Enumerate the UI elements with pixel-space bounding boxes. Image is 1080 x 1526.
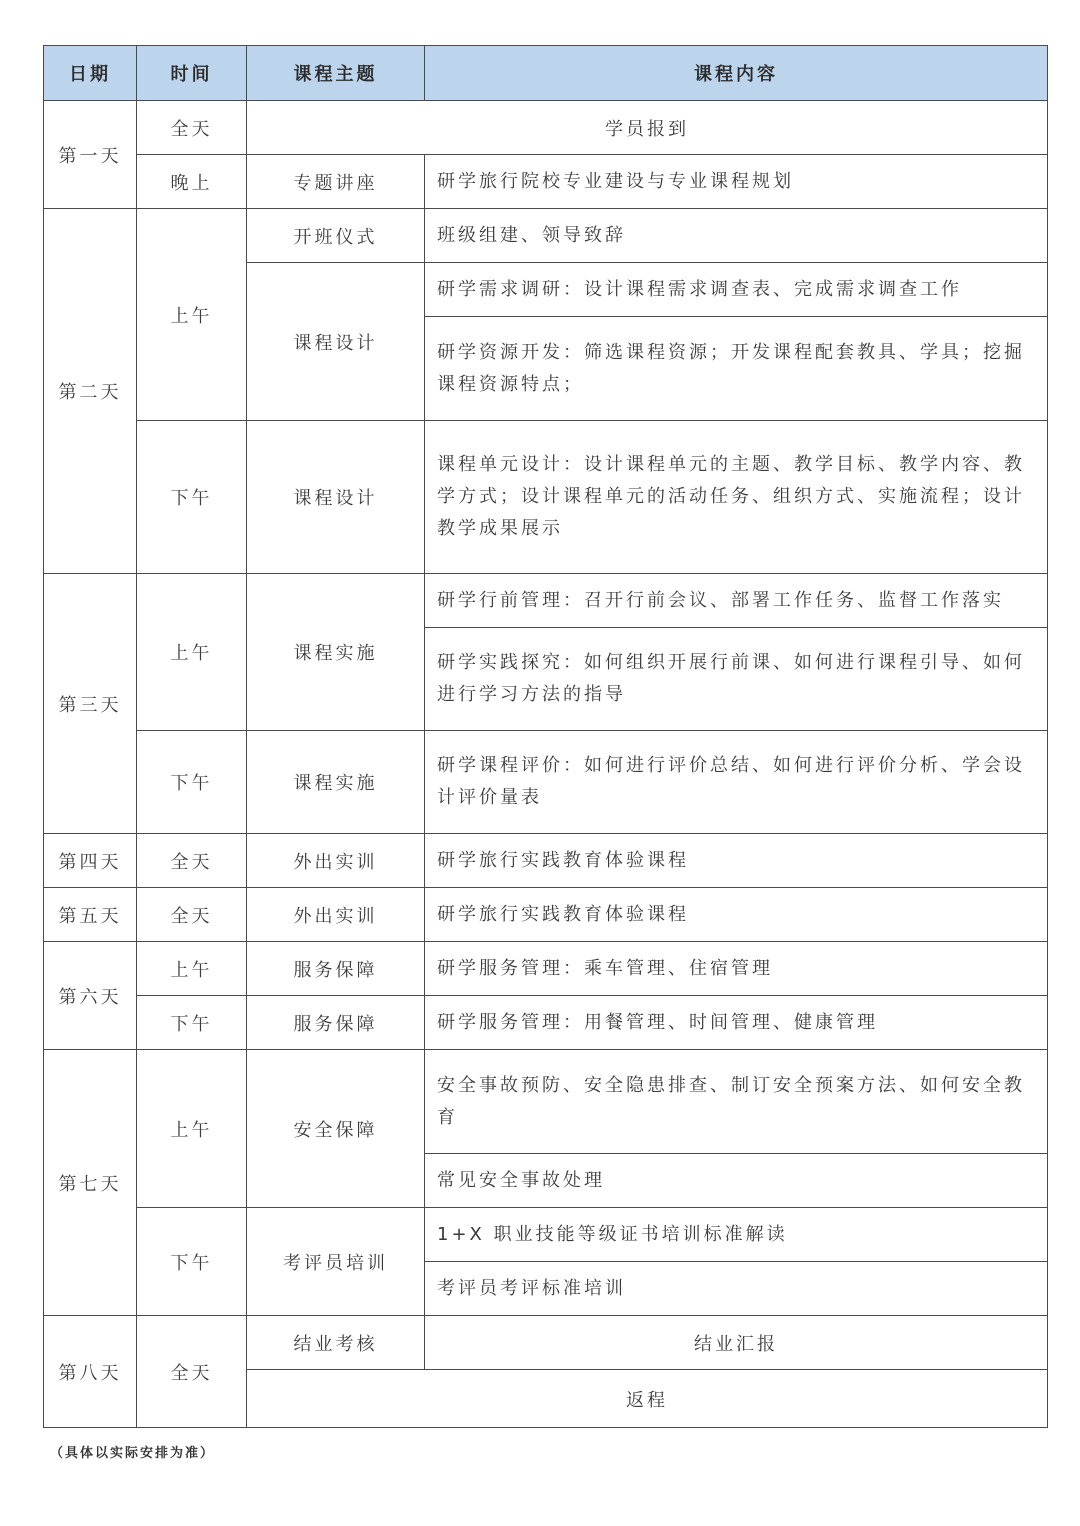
- subject-cell: 外出实训: [247, 834, 425, 888]
- content-cell: 学员报到: [247, 101, 1048, 155]
- subject-cell: 外出实训: [247, 888, 425, 942]
- table-row: 第七天 上午 安全保障 安全事故预防、安全隐患排查、制订安全预案方法、如何安全教…: [44, 1050, 1048, 1154]
- time-cell: 全天: [137, 834, 247, 888]
- footnote: （具体以实际安排为准）: [50, 1442, 215, 1461]
- time-cell: 上午: [137, 574, 247, 731]
- time-cell: 下午: [137, 421, 247, 574]
- header-date: 日期: [44, 46, 137, 101]
- subject-cell: 服务保障: [247, 996, 425, 1050]
- content-cell: 考评员考评标准培训: [425, 1262, 1048, 1316]
- table-row: 第三天 上午 课程实施 研学行前管理：召开行前会议、部署工作任务、监督工作落实: [44, 574, 1048, 628]
- date-cell: 第八天: [44, 1316, 137, 1428]
- table-row: 第五天 全天 外出实训 研学旅行实践教育体验课程: [44, 888, 1048, 942]
- table-row: 第八天 全天 结业考核 结业汇报: [44, 1316, 1048, 1370]
- table-row: 第四天 全天 外出实训 研学旅行实践教育体验课程: [44, 834, 1048, 888]
- table-row: 晚上 专题讲座 研学旅行院校专业建设与专业课程规划: [44, 155, 1048, 209]
- header-subject: 课程主题: [247, 46, 425, 101]
- subject-cell: 课程实施: [247, 731, 425, 834]
- subject-cell: 服务保障: [247, 942, 425, 996]
- content-cell: 返程: [247, 1370, 1048, 1428]
- time-cell: 上午: [137, 209, 247, 421]
- content-cell: 研学旅行实践教育体验课程: [425, 888, 1048, 942]
- content-cell: 研学课程评价：如何进行评价总结、如何进行评价分析、学会设计评价量表: [425, 731, 1048, 834]
- subject-cell: 结业考核: [247, 1316, 425, 1370]
- date-cell: 第三天: [44, 574, 137, 834]
- table-row: 下午 课程设计 课程单元设计：设计课程单元的主题、教学目标、教学内容、教学方式；…: [44, 421, 1048, 574]
- subject-cell: 课程设计: [247, 421, 425, 574]
- content-cell: 班级组建、领导致辞: [425, 209, 1048, 263]
- table-row: 第六天 上午 服务保障 研学服务管理：乘车管理、住宿管理: [44, 942, 1048, 996]
- content-cell: 研学需求调研：设计课程需求调查表、完成需求调查工作: [425, 263, 1048, 317]
- content-cell: 结业汇报: [425, 1316, 1048, 1370]
- time-cell: 下午: [137, 996, 247, 1050]
- subject-cell: 考评员培训: [247, 1208, 425, 1316]
- date-cell: 第五天: [44, 888, 137, 942]
- content-cell: 研学服务管理：用餐管理、时间管理、健康管理: [425, 996, 1048, 1050]
- content-cell: 研学旅行院校专业建设与专业课程规划: [425, 155, 1048, 209]
- content-cell: 研学服务管理：乘车管理、住宿管理: [425, 942, 1048, 996]
- table-row: 下午 考评员培训 1+X 职业技能等级证书培训标准解读: [44, 1208, 1048, 1262]
- date-cell: 第七天: [44, 1050, 137, 1316]
- subject-cell: 安全保障: [247, 1050, 425, 1208]
- time-cell: 上午: [137, 1050, 247, 1208]
- date-cell: 第二天: [44, 209, 137, 574]
- content-cell: 常见安全事故处理: [425, 1154, 1048, 1208]
- header-content: 课程内容: [425, 46, 1048, 101]
- subject-cell: 课程设计: [247, 263, 425, 421]
- table-row: 下午 服务保障 研学服务管理：用餐管理、时间管理、健康管理: [44, 996, 1048, 1050]
- time-cell: 上午: [137, 942, 247, 996]
- subject-cell: 课程实施: [247, 574, 425, 731]
- table-row: 第二天 上午 开班仪式 班级组建、领导致辞: [44, 209, 1048, 263]
- time-cell: 全天: [137, 888, 247, 942]
- content-cell: 研学行前管理：召开行前会议、部署工作任务、监督工作落实: [425, 574, 1048, 628]
- content-cell: 1+X 职业技能等级证书培训标准解读: [425, 1208, 1048, 1262]
- content-cell: 课程单元设计：设计课程单元的主题、教学目标、教学内容、教学方式；设计课程单元的活…: [425, 421, 1048, 574]
- header-time: 时间: [137, 46, 247, 101]
- date-cell: 第四天: [44, 834, 137, 888]
- date-cell: 第一天: [44, 101, 137, 209]
- date-cell: 第六天: [44, 942, 137, 1050]
- header-row: 日期 时间 课程主题 课程内容: [44, 46, 1048, 101]
- content-cell: 研学实践探究：如何组织开展行前课、如何进行课程引导、如何进行学习方法的指导: [425, 628, 1048, 731]
- table-row: 下午 课程实施 研学课程评价：如何进行评价总结、如何进行评价分析、学会设计评价量…: [44, 731, 1048, 834]
- content-cell: 安全事故预防、安全隐患排查、制订安全预案方法、如何安全教育: [425, 1050, 1048, 1154]
- time-cell: 晚上: [137, 155, 247, 209]
- subject-cell: 专题讲座: [247, 155, 425, 209]
- course-schedule-table: 日期 时间 课程主题 课程内容 第一天 全天 学员报到 晚上 专题讲座 研学旅行…: [43, 45, 1048, 1428]
- time-cell: 下午: [137, 1208, 247, 1316]
- subject-cell: 开班仪式: [247, 209, 425, 263]
- content-cell: 研学旅行实践教育体验课程: [425, 834, 1048, 888]
- time-cell: 全天: [137, 1316, 247, 1428]
- time-cell: 全天: [137, 101, 247, 155]
- time-cell: 下午: [137, 731, 247, 834]
- table-row: 第一天 全天 学员报到: [44, 101, 1048, 155]
- content-cell: 研学资源开发：筛选课程资源；开发课程配套教具、学具；挖掘课程资源特点；: [425, 317, 1048, 421]
